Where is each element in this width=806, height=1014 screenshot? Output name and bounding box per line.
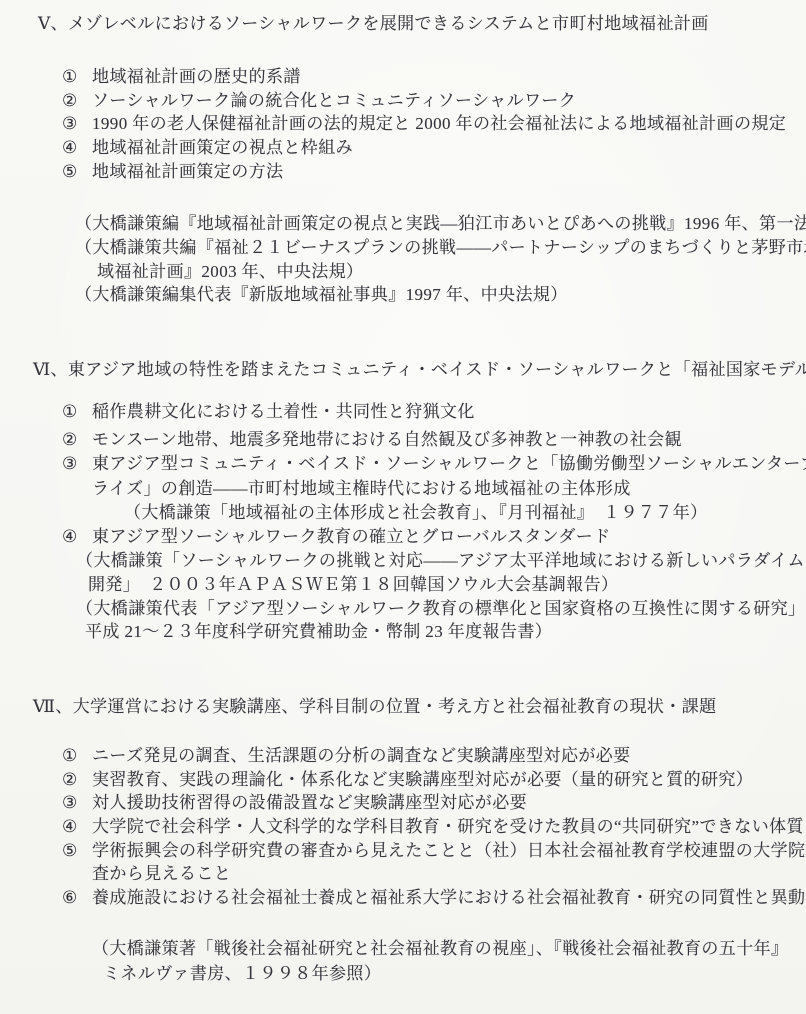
item-text: 1990 年の老人保健福祉計画の法的規定と 2000 年の社会福祉法による地域福… (92, 113, 786, 135)
item-text: ニーズ発見の調査、生活課題の分析の調査など実験講座型対応が必要 (92, 745, 631, 767)
item-text: ソーシャルワーク論の統合化とコミュニティソーシャルワーク (92, 90, 576, 112)
item-number: ③ (62, 113, 92, 135)
reference-line: 域福祉計画』2003 年、中央法規） (97, 261, 363, 283)
item-number: ⑤ (62, 161, 92, 183)
item-number: ① (62, 401, 92, 423)
section-heading: Ⅶ、大学運営における実験講座、学科目制の位置・考え方と社会福祉教育の現状・課題 (33, 696, 717, 718)
reference-line: （大橋謙策著「戦後社会福祉研究と社会福祉教育の視座」、『戦後社会福祉教育の五十年… (92, 938, 788, 960)
section-heading: Ⅴ、メゾレベルにおけるソーシャルワークを展開できるシステムと市町村地域福祉計画 (38, 13, 709, 35)
item-number: ② (62, 769, 92, 791)
list-item: ③ 1990 年の老人保健福祉計画の法的規定と 2000 年の社会福祉法による地… (62, 113, 786, 135)
list-item: ② モンスーン地帯、地震多発地帯における自然観及び多神教と一神教の社会観 (62, 429, 682, 451)
item-number: ① (62, 745, 92, 767)
reference-line: （大橋謙策共編『福祉２１ビーナスプランの挑戦――パートナーシップのまちづくりと茅… (75, 237, 806, 259)
reference-line: （大橋謙策「地域福祉の主体形成と社会教育」、『月刊福祉』 １９７７年） (124, 502, 708, 524)
item-text: 実習教育、実践の理論化・体系化など実験講座型対応が必要（量的研究と質的研究） (92, 769, 753, 791)
list-item: ⑥ 養成施設における社会福祉士養成と福祉系大学における社会福祉教育・研究の同質性… (62, 887, 806, 909)
item-text: 大学院で社会科学・人文科学的な学科目教育・研究を受けた教員の“共同研究”できない… (92, 816, 804, 838)
list-item: ⑤ 学術振興会の科学研究費の審査から見えたことと（社）日本社会福祉教育学校連盟の… (62, 840, 806, 862)
item-number: ② (62, 90, 92, 112)
item-text: 稲作農耕文化における土着性・共同性と狩猟文化 (92, 401, 475, 423)
list-item: ⑤ 地域福祉計画策定の方法 (62, 161, 283, 183)
item-number: ④ (62, 816, 92, 838)
item-text: 地域福祉計画の歴史的系譜 (92, 66, 301, 88)
list-item: ① ニーズ発見の調査、生活課題の分析の調査など実験講座型対応が必要 (62, 745, 631, 767)
item-number: ⑥ (62, 887, 92, 909)
reference-line: 平成 21～２３年度科学研究費補助金・幣制 23 年度報告書） (85, 621, 552, 643)
reference-line: （大橋謙策代表「アジア型ソーシャルワーク教育の標準化と国家資格の互換性に関する研… (76, 598, 805, 620)
item-number: ④ (62, 137, 92, 159)
item-text: 対人援助技術習得の設備設置など実験講座型対応が必要 (92, 792, 527, 814)
item-number: ③ (62, 453, 92, 475)
item-text: モンスーン地帯、地震多発地帯における自然観及び多神教と一神教の社会観 (92, 429, 682, 451)
reference-line: ミネルヴァ書房、１９９８年参照） (103, 963, 381, 985)
reference-line: 開発」 ２００３年ＡＰＡＳＷＥ第１８回韓国ソウル大会基調報告） (88, 574, 618, 596)
item-text: 東アジア型ソーシャルワーク教育の確立とグローバルスタンダード (92, 526, 611, 548)
list-item: ② ソーシャルワーク論の統合化とコミュニティソーシャルワーク (62, 90, 576, 112)
item-number: ④ (62, 526, 92, 548)
item-text: 東アジア型コミュニティ・ベイスド・ソーシャルワークと「協働労働型ソーシャルエンタ… (92, 453, 806, 475)
list-item: ① 稲作農耕文化における土着性・共同性と狩猟文化 (62, 401, 475, 423)
item-text: 地域福祉計画策定の視点と枠組み (92, 137, 353, 159)
item-text: 養成施設における社会福祉士養成と福祉系大学における社会福祉教育・研究の同質性と異… (92, 887, 806, 909)
list-item: ④ 大学院で社会科学・人文科学的な学科目教育・研究を受けた教員の“共同研究”でき… (62, 816, 804, 838)
document-page: Ⅴ、メゾレベルにおけるソーシャルワークを展開できるシステムと市町村地域福祉計画 … (0, 0, 806, 1014)
item-number: ② (62, 429, 92, 451)
item-text-continuation: ライズ」の創造――市町村地域主権時代における地域福祉の主体形成 (92, 478, 631, 500)
list-item: ④ 東アジア型ソーシャルワーク教育の確立とグローバルスタンダード (62, 526, 611, 548)
list-item: ① 地域福祉計画の歴史的系譜 (62, 66, 301, 88)
item-text: 学術振興会の科学研究費の審査から見えたことと（社）日本社会福祉教育学校連盟の大学… (92, 840, 806, 862)
item-text: 地域福祉計画策定の方法 (92, 161, 283, 183)
list-item: ③ 東アジア型コミュニティ・ベイスド・ソーシャルワークと「協働労働型ソーシャルエ… (62, 453, 806, 475)
list-item: ② 実習教育、実践の理論化・体系化など実験講座型対応が必要（量的研究と質的研究） (62, 769, 753, 791)
reference-line: （大橋謙策「ソーシャルワークの挑戦と対応――アジア太平洋地域における新しいパラダ… (76, 550, 806, 572)
item-number: ③ (62, 792, 92, 814)
reference-line: （大橋謙策編『地域福祉計画策定の視点と実践―狛江市あいとぴあへの挑戦』1996 … (75, 213, 806, 235)
reference-line: （大橋謙策編集代表『新版地域福祉事典』1997 年、中央法規） (75, 284, 568, 306)
item-number: ① (62, 66, 92, 88)
list-item: ③ 対人援助技術習得の設備設置など実験講座型対応が必要 (62, 792, 527, 814)
item-text-continuation: 査から見えること (92, 863, 231, 885)
list-item: ④ 地域福祉計画策定の視点と枠組み (62, 137, 353, 159)
section-heading: Ⅵ、東アジア地域の特性を踏まえたコミュニティ・ベイスド・ソーシャルワークと「福祉… (33, 359, 806, 381)
item-number: ⑤ (62, 840, 92, 862)
